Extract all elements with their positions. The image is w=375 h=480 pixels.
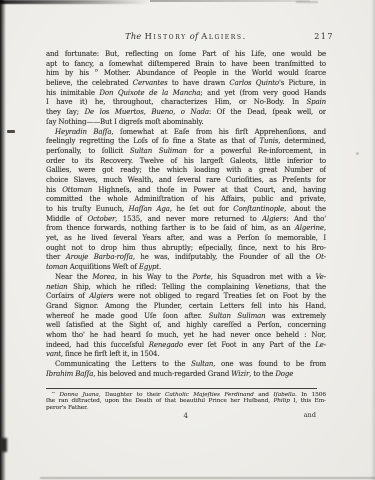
- running-title-history: History: [145, 31, 187, 41]
- scan-edge-top: [0, 0, 150, 4]
- text-line: ought not to drop him thus abruptly; eſp…: [46, 244, 326, 254]
- footnote-line: peror's Father.: [46, 405, 326, 412]
- text-line: ſay Nothing——But I digreſs moſt abominab…: [46, 118, 326, 128]
- text-line: Corſairs of Algiers were not obliged to …: [46, 292, 326, 302]
- scanned-book-page: The History of Algiers. 217 and fortunat…: [0, 0, 375, 480]
- text-line: Heyradin Baſſa, ſomewhat at Eaſe from hi…: [46, 128, 326, 138]
- running-title-algiers: Algiers.: [201, 31, 247, 41]
- footnote-line: b Donna Juana, Daughter to their Catholi…: [46, 392, 326, 399]
- footnote-rule: [46, 388, 317, 389]
- text-line: to his truſty Eunuch, Haſſan Aga, he ſet…: [46, 205, 326, 215]
- text-line: choice Slaves, much Wealth, and ſeveral …: [46, 176, 326, 186]
- text-line: Grand Signor. Among the Plunder, certain…: [46, 302, 326, 312]
- scan-artifact: [356, 152, 359, 155]
- text-line: Ibrahim Baſſa, his beloved and much-rega…: [46, 370, 326, 380]
- signature-mark: 4: [46, 412, 326, 420]
- text-line: Middle of October, 1535, and never more …: [46, 215, 326, 225]
- scan-edge-left: [0, 0, 6, 480]
- text-line: Near the Morea, in his Way to the Porte,…: [46, 273, 326, 283]
- text-line: apt to fancy, a ſomewhat diſtempered Bra…: [46, 60, 326, 70]
- text-line: Communicating the Letters to the Sultan,…: [46, 360, 326, 370]
- text-line: from thence forwards, nothing farther is…: [46, 224, 326, 234]
- text-line: yet, as he lived ſeveral Years after, an…: [46, 234, 326, 244]
- text-line: I have it) he, throughout, characterizes…: [46, 98, 326, 108]
- scan-artifact: [0, 438, 7, 452]
- text-line: toman Acquiſitions Weſt of Egypt.: [46, 263, 326, 273]
- scan-artifact: [7, 130, 15, 133]
- text-line: him by his b Mother. Abundance of People…: [46, 69, 326, 79]
- catchword: and: [304, 411, 316, 419]
- scan-edge-bottom: [40, 477, 375, 479]
- text-line: feelingly regretting the Loſs of ſo fine…: [46, 137, 326, 147]
- text-line: committed the whole Adminiſtration of hi…: [46, 195, 326, 205]
- text-line: well ſatisfied at the Sight of, and high…: [46, 321, 326, 331]
- text-line: perſonally, to ſollicit Sultan Suliman f…: [46, 147, 326, 157]
- footnote: b Donna Juana, Daughter to their Catholi…: [46, 392, 326, 412]
- footnote-line: ſhe ran diſtracted, upon the Death of th…: [46, 398, 326, 405]
- running-title-of: of: [190, 31, 198, 41]
- running-title-the: The: [125, 31, 141, 41]
- scan-edge-right: [371, 0, 375, 480]
- text-line: his inimitable Don Quixote de la Mancha;…: [46, 89, 326, 99]
- text-line: they ſay; De los Muertos, Bueno, o Nada:…: [46, 108, 326, 118]
- running-header: The History of Algiers. 217: [46, 31, 326, 41]
- scan-artifact: [296, 1, 318, 3]
- text-line: Gallies, were got ready; the which loadi…: [46, 166, 326, 176]
- text-line: order to its Recovery. Twelve of his lar…: [46, 157, 326, 167]
- text-line: believe, the celebrated Cervantes to hav…: [46, 79, 326, 89]
- page-number: 217: [314, 32, 334, 41]
- text-line: indeed, had this ſucceſsful Renegado eve…: [46, 341, 326, 351]
- text-line: whereof he made good Uſe ſoon after. Sul…: [46, 312, 326, 322]
- page-footer: 4 and: [46, 412, 326, 424]
- text-line: netian Ship, which he rifled: Telling th…: [46, 283, 326, 293]
- text-line: ther Arouje Barba-roſſa, he was, indiſpu…: [46, 253, 326, 263]
- scan-edge-top: [150, 0, 310, 2]
- text-line: vant, ſince he firſt left it, in 1504.: [46, 350, 326, 360]
- page-body-text: and fortunate: But, reflecting on ſome P…: [46, 50, 326, 379]
- text-line: his Ottoman Highneſs, and thoſe in Power…: [46, 186, 326, 196]
- text-line: and fortunate: But, reflecting on ſome P…: [46, 50, 326, 60]
- text-line: whom tho' he had heard ſo much, yet he h…: [46, 331, 326, 341]
